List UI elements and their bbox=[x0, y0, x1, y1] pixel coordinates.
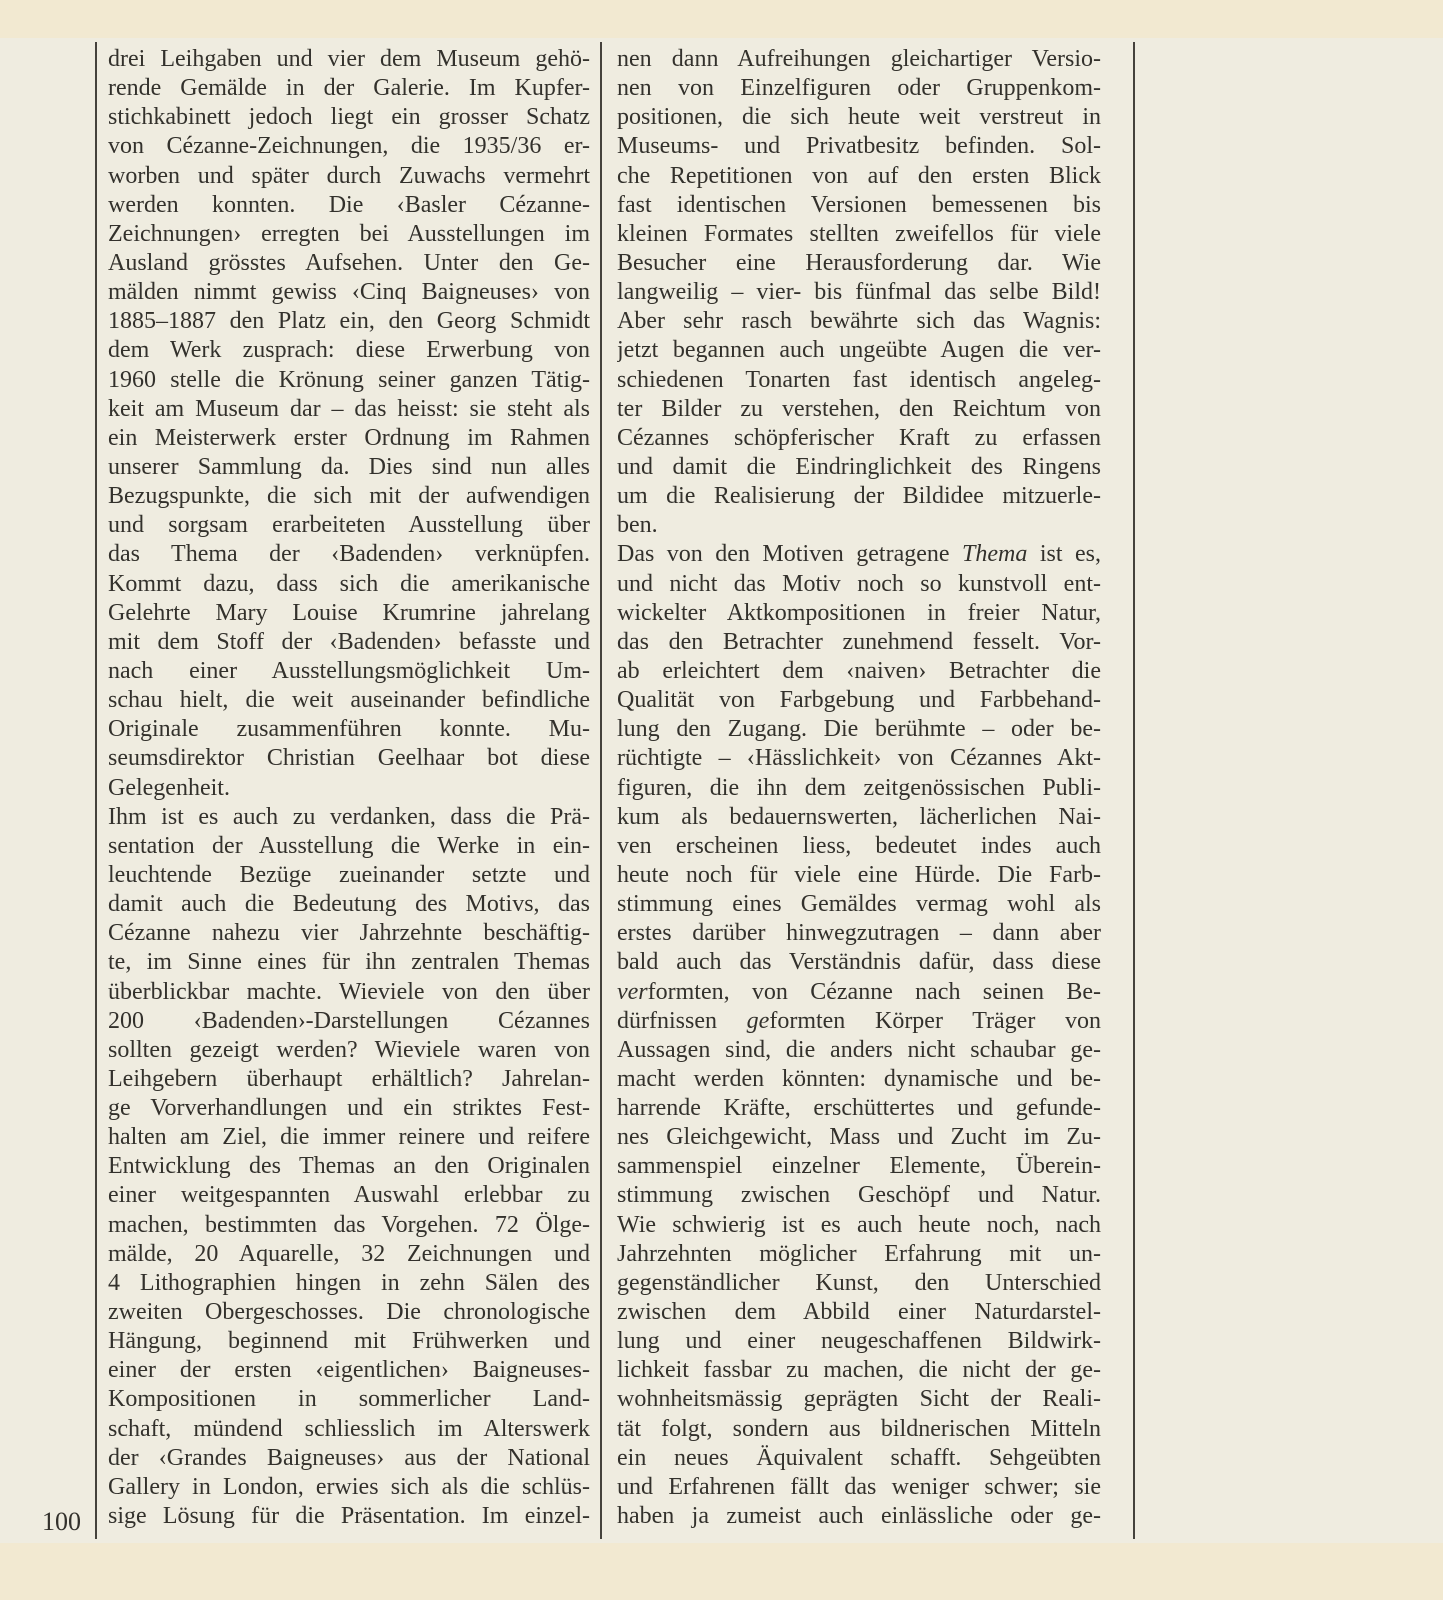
text-line: Kommt dazu, dass sich die amerikanische bbox=[108, 570, 590, 599]
text-line: sige Lösung für die Präsentation. Im ein… bbox=[108, 1502, 590, 1531]
paragraph: Ihm ist es auch zu verdanken, dass die P… bbox=[108, 803, 590, 1532]
text-line: Originale zusammenführen konnte. Mu- bbox=[108, 715, 590, 744]
text-line: halten am Ziel, die immer reinere und re… bbox=[108, 1123, 590, 1152]
text-line: Leihgebern überhaupt erhältlich? Jahrela… bbox=[108, 1065, 590, 1094]
column-rule-middle bbox=[600, 42, 602, 1539]
text-line: und damit die Eindringlichkeit des Ringe… bbox=[617, 453, 1101, 482]
column-rule-left bbox=[95, 42, 97, 1539]
text-line: Jahrzehnten möglicher Erfahrung mit un- bbox=[617, 1240, 1101, 1269]
text-line: worben und später durch Zuwachs vermehrt bbox=[108, 162, 590, 191]
text-line: lung den Zugang. Die berühmte – oder be- bbox=[617, 715, 1101, 744]
text-line: Ausland grösstes Aufsehen. Unter den Ge- bbox=[108, 249, 590, 278]
text-line: mälde, 20 Aquarelle, 32 Zeichnungen und bbox=[108, 1240, 590, 1269]
text-line: rende Gemälde in der Galerie. Im Kupfer- bbox=[108, 74, 590, 103]
text-line: Hängung, beginnend mit Frühwerken und bbox=[108, 1327, 590, 1356]
text-line: mit dem Stoff der ‹Badenden› befasste un… bbox=[108, 628, 590, 657]
text-line: dürfnissen geformten Körper Träger von bbox=[617, 1007, 1101, 1036]
text-line: 4 Lithographien hingen in zehn Sälen des bbox=[108, 1269, 590, 1298]
text-line: che Repetitionen von auf den ersten Blic… bbox=[617, 162, 1101, 191]
text-line: 1885–1887 den Platz ein, den Georg Schmi… bbox=[108, 307, 590, 336]
text-line: Gelegenheit. bbox=[108, 774, 590, 803]
text-column-left: drei Leihgaben und vier dem Museum gehö-… bbox=[108, 45, 590, 1531]
text-line: wickelter Aktkompositionen in freier Nat… bbox=[617, 599, 1101, 628]
text-line: 1960 stelle die Krönung seiner ganzen Tä… bbox=[108, 366, 590, 395]
text-line: jetzt begannen auch ungeübte Augen die v… bbox=[617, 336, 1101, 365]
text-line: keit am Museum dar – das heisst: sie ste… bbox=[108, 395, 590, 424]
paragraph: Das von den Motiven getragene Thema ist … bbox=[617, 540, 1101, 1531]
text-line: Besucher eine Herausforderung dar. Wie bbox=[617, 249, 1101, 278]
text-line: mälden nimmt gewiss ‹Cinq Baigneuses› vo… bbox=[108, 278, 590, 307]
text-line: Cézannes schöpferischer Kraft zu erfasse… bbox=[617, 424, 1101, 453]
text-line: tät folgt, sondern aus bildnerischen Mit… bbox=[617, 1415, 1101, 1444]
text-line: seumsdirektor Christian Geelhaar bot die… bbox=[108, 744, 590, 773]
text-line: damit auch die Bedeutung des Motivs, das bbox=[108, 890, 590, 919]
text-line: ven erscheinen liess, bedeutet indes auc… bbox=[617, 832, 1101, 861]
text-line: machen, bestimmten das Vorgehen. 72 Ölge… bbox=[108, 1211, 590, 1240]
text-line: haben ja zumeist auch einlässliche oder … bbox=[617, 1502, 1101, 1531]
text-line: drei Leihgaben und vier dem Museum gehö- bbox=[108, 45, 590, 74]
text-line: stimmung eines Gemäldes vermag wohl als bbox=[617, 890, 1101, 919]
text-line: ben. bbox=[617, 511, 1101, 540]
text-line: werden konnten. Die ‹Basler Cézanne- bbox=[108, 191, 590, 220]
text-line: stimmung zwischen Geschöpf und Natur. bbox=[617, 1181, 1101, 1210]
text-line: das den Betrachter zunehmend fesselt. Vo… bbox=[617, 628, 1101, 657]
text-line: te, im Sinne eines für ihn zentralen The… bbox=[108, 948, 590, 977]
text-line: verformten, von Cézanne nach seinen Be- bbox=[617, 978, 1101, 1007]
text-line: heute noch für viele eine Hürde. Die Far… bbox=[617, 861, 1101, 890]
text-line: einer weitgespannten Auswahl erlebbar zu bbox=[108, 1181, 590, 1210]
text-line: sammenspiel einzelner Elemente, Überein- bbox=[617, 1152, 1101, 1181]
text-line: ge Vorverhandlungen und ein striktes Fes… bbox=[108, 1094, 590, 1123]
text-line: Zeichnungen› erregten bei Ausstellungen … bbox=[108, 220, 590, 249]
text-line: um die Realisierung der Bildidee mitzuer… bbox=[617, 482, 1101, 511]
text-line: Gallery in London, erwies sich als die s… bbox=[108, 1473, 590, 1502]
text-line: ter Bilder zu verstehen, den Reichtum vo… bbox=[617, 395, 1101, 424]
text-line: fast identischen Versionen bemessenen bi… bbox=[617, 191, 1101, 220]
text-line: schaft, mündend schliesslich im Alterswe… bbox=[108, 1415, 590, 1444]
text-line: einer der ersten ‹eigentlichen› Baigneus… bbox=[108, 1356, 590, 1385]
text-line: leuchtende Bezüge zueinander setzte und bbox=[108, 861, 590, 890]
text-line: überblickbar machte. Wieviele von den üb… bbox=[108, 978, 590, 1007]
text-line: gegenständlicher Kunst, den Unterschied bbox=[617, 1269, 1101, 1298]
text-line: positionen, die sich heute weit verstreu… bbox=[617, 103, 1101, 132]
text-line: schiedenen Tonarten fast identisch angel… bbox=[617, 366, 1101, 395]
text-line: ein neues Äquivalent schafft. Sehgeübten bbox=[617, 1444, 1101, 1473]
text-line: nach einer Ausstellungsmöglichkeit Um- bbox=[108, 657, 590, 686]
text-line: kleinen Formates stellten zweifellos für… bbox=[617, 220, 1101, 249]
text-line: bald auch das Verständnis dafür, dass di… bbox=[617, 948, 1101, 977]
text-line: lung und einer neugeschaffenen Bildwirk- bbox=[617, 1327, 1101, 1356]
text-line: dem Werk zusprach: diese Erwerbung von bbox=[108, 336, 590, 365]
text-line: sollten gezeigt werden? Wieviele waren v… bbox=[108, 1036, 590, 1065]
scanned-page: drei Leihgaben und vier dem Museum gehö-… bbox=[0, 0, 1443, 1600]
text-line: und sorgsam erarbeiteten Ausstellung übe… bbox=[108, 511, 590, 540]
text-line: zwischen dem Abbild einer Naturdarstel- bbox=[617, 1298, 1101, 1327]
text-line: lichkeit fassbar zu machen, die nicht de… bbox=[617, 1356, 1101, 1385]
text-line: Cézanne nahezu vier Jahrzehnte beschäfti… bbox=[108, 919, 590, 948]
text-line: und Erfahrenen fällt das weniger schwer;… bbox=[617, 1473, 1101, 1502]
text-line: Kompositionen in sommerlicher Land- bbox=[108, 1385, 590, 1414]
text-line: langweilig – vier- bis fünfmal das selbe… bbox=[617, 278, 1101, 307]
text-line: Bezugspunkte, die sich mit der aufwendig… bbox=[108, 482, 590, 511]
text-line: stichkabinett jedoch liegt ein grosser S… bbox=[108, 103, 590, 132]
text-line: rüchtigte – ‹Hässlichkeit› von Cézannes … bbox=[617, 744, 1101, 773]
text-line: zweiten Obergeschosses. Die chronologisc… bbox=[108, 1298, 590, 1327]
text-column-right: nen dann Aufreihungen gleichartiger Vers… bbox=[617, 45, 1101, 1531]
text-line: ein Meisterwerk erster Ordnung im Rahmen bbox=[108, 424, 590, 453]
text-line: Qualität von Farbgebung und Farbbehand- bbox=[617, 686, 1101, 715]
text-line: erstes darüber hinwegzutragen – dann abe… bbox=[617, 919, 1101, 948]
text-line: 200 ‹Badenden›-Darstellungen Cézannes bbox=[108, 1007, 590, 1036]
text-line: nen dann Aufreihungen gleichartiger Vers… bbox=[617, 45, 1101, 74]
text-line: Gelehrte Mary Louise Krumrine jahrelang bbox=[108, 599, 590, 628]
text-line: nen von Einzelfiguren oder Gruppenkom- bbox=[617, 74, 1101, 103]
text-line: unserer Sammlung da. Dies sind nun alles bbox=[108, 453, 590, 482]
paragraph: drei Leihgaben und vier dem Museum gehö-… bbox=[108, 45, 590, 803]
text-line: harrende Kräfte, erschüttertes und gefun… bbox=[617, 1094, 1101, 1123]
text-line: macht werden könnten: dynamische und be- bbox=[617, 1065, 1101, 1094]
text-line: sentation der Ausstellung die Werke in e… bbox=[108, 832, 590, 861]
text-line: kum als bedauernswerten, lächerlichen Na… bbox=[617, 803, 1101, 832]
text-line: von Cézanne-Zeichnungen, die 1935/36 er- bbox=[108, 132, 590, 161]
text-line: Entwicklung des Themas an den Originalen bbox=[108, 1152, 590, 1181]
text-line: der ‹Grandes Baigneuses› aus der Nationa… bbox=[108, 1444, 590, 1473]
text-line: figuren, die ihn dem zeitgenössischen Pu… bbox=[617, 774, 1101, 803]
text-line: Ihm ist es auch zu verdanken, dass die P… bbox=[108, 803, 590, 832]
page-number: 100 bbox=[42, 1507, 81, 1537]
text-line: Aussagen sind, die anders nicht schaubar… bbox=[617, 1036, 1101, 1065]
text-line: das Thema der ‹Badenden› verknüpfen. bbox=[108, 540, 590, 569]
paragraph: nen dann Aufreihungen gleichartiger Vers… bbox=[617, 45, 1101, 540]
text-line: schau hielt, die weit auseinander befind… bbox=[108, 686, 590, 715]
text-line: Das von den Motiven getragene Thema ist … bbox=[617, 540, 1101, 569]
text-line: Museums- und Privatbesitz befinden. Sol- bbox=[617, 132, 1101, 161]
text-line: Aber sehr rasch bewährte sich das Wagnis… bbox=[617, 307, 1101, 336]
text-line: nes Gleichgewicht, Mass und Zucht im Zu- bbox=[617, 1123, 1101, 1152]
column-rule-right bbox=[1133, 42, 1135, 1539]
text-line: ab erleichtert dem ‹naiven› Betrachter d… bbox=[617, 657, 1101, 686]
text-line: Wie schwierig ist es auch heute noch, na… bbox=[617, 1211, 1101, 1240]
text-line: und nicht das Motiv noch so kunstvoll en… bbox=[617, 570, 1101, 599]
text-line: wohnheitsmässig geprägten Sicht der Real… bbox=[617, 1385, 1101, 1414]
